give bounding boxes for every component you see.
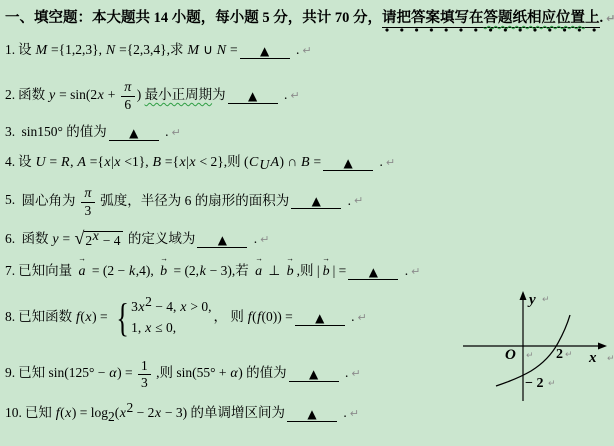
question: 7.已知向量 →a = (2 − k,4), →b = (2,k − 3),若 … [5, 261, 610, 281]
math-variable: U [259, 158, 270, 173]
question-text: 函数 [18, 87, 48, 102]
question-text: ) 的值为 [238, 365, 286, 380]
x-tick-label-2: 2 [556, 347, 563, 362]
answer-blank[interactable]: ▲ [228, 88, 278, 104]
math-variable: A [270, 155, 280, 170]
fraction-numerator: 1 [138, 359, 151, 374]
question-text: (0)) = [262, 309, 293, 324]
answer-blank[interactable]: ▲ [348, 264, 398, 280]
question-text: ={2,3,4},求 [116, 42, 187, 57]
vector-arrow-icon: → [322, 254, 330, 263]
question: 3. sin150° 的值为▲ .↵ [5, 122, 610, 142]
cases-rows: 3x2 − 4, x > 0,1, x ≤ 0, [131, 297, 211, 339]
fraction-numerator: π [81, 186, 95, 202]
vector: →a [254, 261, 263, 281]
vector: →b [286, 261, 295, 281]
triangle-marker-icon: ▲ [248, 89, 257, 103]
triangle-marker-icon: ▲ [343, 156, 352, 170]
x-axis-label: x [588, 350, 597, 366]
vector-letter: b [160, 264, 167, 279]
question-text: = [59, 231, 73, 246]
vector-letter: a [255, 264, 262, 279]
fraction-numerator: π [121, 80, 135, 96]
question-text: sin150° 的值为 [18, 124, 107, 139]
vector-letter: b [287, 264, 294, 279]
vector: →b [322, 261, 331, 281]
title-period: . [600, 10, 604, 26]
answer-blank[interactable]: ▲ [109, 125, 159, 141]
question-text: 已知函数 [18, 309, 75, 324]
question-text: ,4), [136, 263, 157, 278]
question-text: ≤ 0, [152, 320, 176, 335]
question-number: 6. [5, 231, 15, 246]
question-text: , [70, 154, 77, 169]
pilcrow-icon: ↵ [542, 295, 550, 305]
question-text: 2 [145, 294, 152, 309]
question-text: + [104, 87, 118, 102]
answer-blank[interactable]: ▲ [291, 193, 341, 209]
pilcrow-icon: ↵ [172, 126, 181, 139]
question: 6. 函数 y = √2x − 4 的定义域为▲ .↵ [5, 229, 610, 249]
answer-blank[interactable]: ▲ [197, 232, 247, 248]
question-text: . [250, 231, 257, 246]
math-variable: R [61, 155, 71, 170]
pilcrow-icon: ↵ [351, 367, 360, 380]
question-number: 1. [5, 42, 15, 57]
question-number: 4. [5, 154, 15, 169]
math-variable: x [65, 406, 72, 421]
question-text: | = [333, 263, 347, 278]
question-text: − 3),若 [206, 263, 252, 278]
question-text: ( [60, 405, 65, 420]
question-text: ) [137, 87, 145, 102]
superscript: 2 [145, 298, 152, 309]
question-text: = (2, [170, 263, 199, 278]
pilcrow-icon: ↵ [350, 407, 359, 420]
question-text: ) ∩ [280, 154, 301, 169]
pilcrow-icon: ↵ [290, 89, 299, 102]
question-text: . [344, 192, 351, 207]
question-text: ={1,2,3}, [48, 42, 106, 57]
question-text: . [281, 87, 288, 102]
pilcrow-icon: ↵ [358, 311, 367, 324]
question-text: ={ [162, 154, 179, 169]
question-text: 6 [124, 97, 131, 112]
question-text: 2 [108, 409, 115, 424]
question-text: ,则 | [297, 263, 320, 278]
question: 1.设 M ={1,2,3}, N ={2,3,4},求 M ∪ N =▲ .↵ [5, 40, 610, 60]
question-text: . [293, 42, 300, 57]
y-axis-arrow-icon [520, 291, 527, 300]
math-variable: α [109, 366, 117, 381]
triangle-marker-icon: ▲ [129, 126, 138, 140]
math-variable: x [154, 406, 161, 421]
question-number: 7. [5, 263, 15, 278]
math-variable: U [35, 155, 46, 170]
question-text: ∪ [200, 42, 217, 57]
question-text: = (2 − [89, 263, 129, 278]
vector: →b [159, 261, 168, 281]
triangle-marker-icon: ▲ [309, 367, 318, 381]
question-text: 已知 [25, 405, 55, 420]
section-title: 一、填空题：本大题共 14 小题，每小题 5 分，共计 70 分，请把答案填写在… [5, 8, 610, 29]
question-text: 弧度，半径为 6 的扇形的面积为 [97, 192, 289, 207]
question-text: 1 [141, 358, 148, 373]
title-emphasis-part1: 请把答案填写在 [382, 10, 484, 26]
vector: →a [78, 261, 87, 281]
fraction-denominator: 6 [121, 96, 135, 112]
math-variable: k [128, 264, 135, 279]
math-variable: x [180, 300, 187, 315]
spellcheck-wavy-text: 最小正周期 [145, 87, 213, 102]
y-tick-label-minus2: − 2 [525, 376, 543, 391]
question-text: . [162, 124, 169, 139]
question-text: ,则 sin(55° + [153, 365, 230, 380]
triangle-marker-icon: ▲ [307, 407, 316, 421]
question-text: ) = [117, 365, 136, 380]
answer-blank[interactable]: ▲ [240, 43, 290, 59]
math-variable: π [124, 80, 132, 95]
question: 5. 圆心角为 π3 弧度，半径为 6 的扇形的面积为▲ .↵ [5, 186, 610, 218]
pilcrow-icon: ↵ [386, 156, 395, 169]
x-axis-arrow-icon [598, 343, 607, 350]
question-text: − 2 [133, 405, 154, 420]
question-text: = [46, 154, 60, 169]
question-text: 3 [141, 375, 148, 390]
question-text: . [376, 154, 383, 169]
answer-blank[interactable]: ▲ [289, 366, 339, 382]
math-variable: B [152, 155, 162, 170]
question-text: = [227, 42, 238, 57]
math-variable: y [52, 232, 59, 247]
question-text: <1}, [121, 154, 152, 169]
math-variable: x [114, 155, 121, 170]
pilcrow-icon: ↵ [606, 12, 614, 25]
question-number: 5. [5, 192, 15, 207]
triangle-marker-icon: ▲ [369, 265, 378, 279]
radical-sign-icon: √ [74, 229, 84, 247]
fraction: π6 [121, 80, 135, 112]
question-text: = sin(2 [56, 87, 97, 102]
question: 4.设 U = R, A ={x|x <1}, B ={x|x < 2},则 (… [5, 152, 610, 172]
graph-canvas: y ↵ x ↵ O ↵ 2 ↵ − 2 ↵ [459, 288, 614, 406]
question-text: − 4, [152, 299, 180, 314]
question-text: < 2},则 ( [196, 154, 248, 169]
radical: √2x − 4 [74, 231, 123, 249]
math-variable: N [105, 43, 115, 58]
title-text: 一、填空题：本大题共 14 小题，每小题 5 分，共计 70 分， [5, 10, 382, 26]
fraction-denominator: 3 [81, 202, 95, 218]
question-text: ) = [92, 309, 111, 324]
question-text: = [310, 154, 321, 169]
fraction: π3 [81, 186, 95, 218]
question-text: 1, [131, 320, 145, 335]
subscript: U [259, 161, 270, 172]
math-variable: M [187, 43, 200, 58]
question-text: 圆心角为 [18, 192, 79, 207]
pilcrow-icon: ↵ [260, 233, 269, 246]
origin-label: O [505, 347, 516, 363]
piecewise-function: {3x2 − 4, x > 0,1, x ≤ 0, [113, 297, 212, 339]
triangle-marker-icon: ▲ [315, 311, 324, 325]
pilcrow-icon: ↵ [411, 265, 420, 278]
question-text: − 4 [99, 233, 120, 248]
math-variable: N [216, 43, 226, 58]
pilcrow-icon: ↵ [548, 379, 556, 389]
question-text: . [401, 263, 408, 278]
question-number: 10. [5, 405, 22, 420]
cases-row: 1, x ≤ 0, [131, 318, 211, 339]
pilcrow-icon: ↵ [526, 351, 534, 361]
question-text: . [340, 405, 347, 420]
title-emphasized-phrase: 请把答案填写在答题纸相应位置上 [382, 10, 600, 28]
vector-letter: a [79, 264, 86, 279]
question-text: − 3) 的单调增区间为 [162, 405, 285, 420]
question-number: 2. [5, 87, 15, 102]
pilcrow-icon: ↵ [565, 350, 573, 360]
left-brace-icon: { [116, 301, 128, 335]
math-variable: A [77, 155, 87, 170]
title-spellcheck-wavy-text: 答题纸相应位置 [484, 10, 586, 26]
vector-arrow-icon: → [78, 254, 86, 263]
question-text: ={ [86, 154, 103, 169]
math-variable: α [230, 366, 238, 381]
question-number: 3. [5, 124, 15, 139]
answer-blank[interactable]: ▲ [287, 406, 337, 422]
question-text: ) = log [72, 405, 108, 420]
math-variable: M [35, 43, 48, 58]
math-variable: y [49, 88, 56, 103]
y-axis-label: y [527, 292, 536, 308]
triangle-marker-icon: ▲ [260, 44, 269, 58]
fraction: 13 [138, 359, 151, 389]
math-variable: x [104, 155, 111, 170]
math-variable: x [145, 321, 152, 336]
question: 2.函数 y = sin(2x + π6) 最小正周期为▲ .↵ [5, 80, 610, 112]
vector-arrow-icon: → [255, 254, 263, 263]
fraction-denominator: 3 [138, 374, 151, 390]
question-text: 3 [85, 203, 92, 218]
graph-figure: y ↵ x ↵ O ↵ 2 ↵ − 2 ↵ [459, 288, 614, 406]
title-emphasis-part2: 上 [585, 10, 600, 26]
subscript: 2 [108, 413, 115, 424]
question-text: 已知向量 [18, 263, 75, 278]
triangle-marker-icon: ▲ [312, 194, 321, 208]
math-variable: C [248, 155, 258, 170]
vector-letter: b [323, 264, 330, 279]
question-text: 设 [18, 154, 35, 169]
pilcrow-icon: ↵ [302, 44, 311, 57]
question-text: ( [252, 309, 257, 324]
question-text: 为 [212, 87, 226, 102]
pilcrow-icon: ↵ [354, 194, 363, 207]
question-number: 9. [5, 365, 15, 380]
question-number: 8. [5, 309, 15, 324]
question-text: 函数 [18, 231, 52, 246]
question-text: 设 [18, 42, 35, 57]
triangle-marker-icon: ▲ [218, 233, 227, 247]
math-variable: B [301, 155, 311, 170]
cases-row: 3x2 − 4, x > 0, [131, 297, 211, 318]
question-text: ⊥ [265, 263, 284, 278]
question-text: 3 [131, 299, 138, 314]
question-text: 已知 sin(125° − [18, 365, 109, 380]
pilcrow-icon: ↵ [607, 354, 614, 364]
vector-arrow-icon: → [286, 254, 294, 263]
question-text: ， 则 [213, 309, 247, 324]
math-variable: π [84, 186, 92, 201]
answer-blank[interactable]: ▲ [295, 310, 345, 326]
radicand: 2x − 4 [84, 231, 123, 248]
question-text: . [348, 309, 355, 324]
vector-arrow-icon: → [160, 254, 168, 263]
answer-blank[interactable]: ▲ [323, 155, 373, 171]
question-text: 的定义域为 [124, 231, 195, 246]
question-text: > 0, [187, 299, 212, 314]
question-text: . [342, 365, 349, 380]
